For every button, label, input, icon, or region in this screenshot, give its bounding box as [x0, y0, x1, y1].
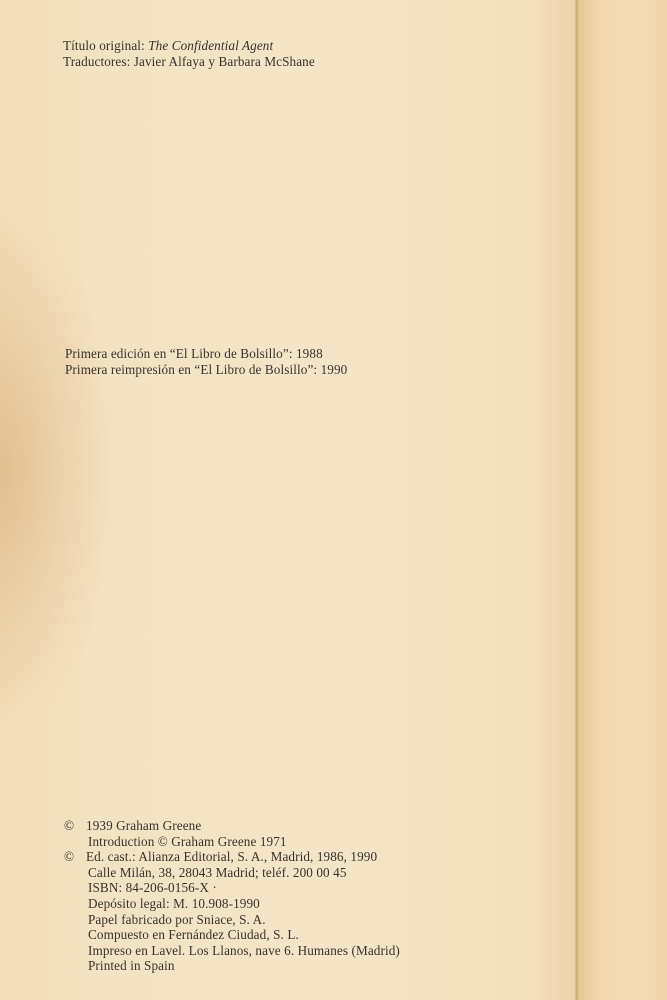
copyright-line-2: ©Ed. cast.: Alianza Editorial, S. A., Ma…: [64, 849, 400, 865]
edition-block: Primera edición en “El Libro de Bolsillo…: [65, 346, 347, 377]
printed-in-line: Printed in Spain: [64, 958, 400, 974]
next-page-edge: [579, 0, 667, 1000]
original-title-line: Título original: The Confidential Agent: [63, 38, 315, 54]
publisher-address-line: Calle Milán, 38, 28043 Madrid; teléf. 20…: [64, 865, 400, 881]
legal-deposit-line: Depósito legal: M. 10.908-1990: [64, 896, 400, 912]
first-reprint-line: Primera reimpresión en “El Libro de Bols…: [65, 362, 347, 378]
isbn-line: ISBN: 84-206-0156-X ·: [64, 880, 400, 896]
original-title-label: Título original:: [63, 38, 148, 53]
book-page: Título original: The Confidential Agent …: [0, 0, 577, 1000]
paper-line: Papel fabricado por Sniace, S. A.: [64, 912, 400, 928]
copyright-icon: ©: [64, 818, 86, 834]
typesetting-line: Compuesto en Fernández Ciudad, S. L.: [64, 927, 400, 943]
translators-line: Traductores: Javier Alfaya y Barbara McS…: [63, 54, 315, 70]
first-edition-line: Primera edición en “El Libro de Bolsillo…: [65, 346, 347, 362]
copyright-icon: ©: [64, 849, 86, 865]
copyright-line-1: ©1939 Graham Greene: [64, 818, 400, 834]
introduction-copyright-line: Introduction © Graham Greene 1971: [64, 834, 400, 850]
original-title-value: The Confidential Agent: [148, 38, 273, 53]
copyright-block: ©1939 Graham Greene Introduction © Graha…: [64, 818, 400, 974]
printer-line: Impreso en Lavel. Los Llanos, nave 6. Hu…: [64, 943, 400, 959]
original-title-block: Título original: The Confidential Agent …: [63, 38, 315, 69]
